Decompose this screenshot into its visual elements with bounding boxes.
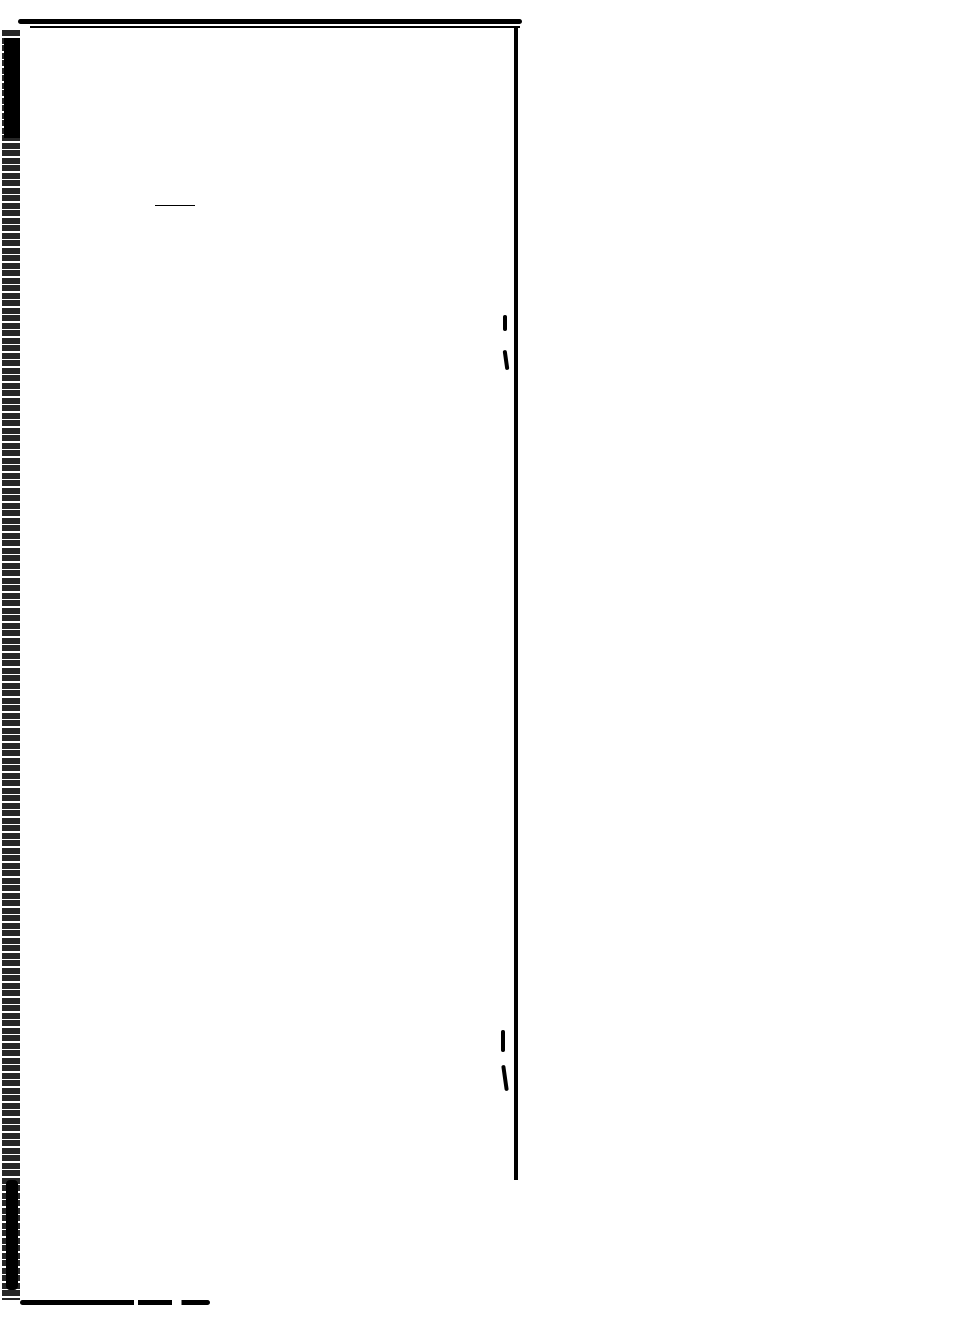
binding-shadow-top xyxy=(4,38,20,138)
staple-mark xyxy=(501,1030,505,1052)
scan-artifact xyxy=(155,205,195,206)
page-bottom-edge xyxy=(20,1300,210,1305)
staple-mark xyxy=(503,350,510,370)
staple-mark xyxy=(501,1065,509,1091)
page-right-edge xyxy=(514,28,518,1180)
binding-edge xyxy=(2,30,20,1300)
scanned-page xyxy=(0,0,965,1333)
binding-shadow-bottom xyxy=(6,1180,18,1290)
page-top-edge-shadow xyxy=(30,26,520,28)
staple-mark xyxy=(503,315,507,331)
page-top-edge xyxy=(18,19,522,24)
